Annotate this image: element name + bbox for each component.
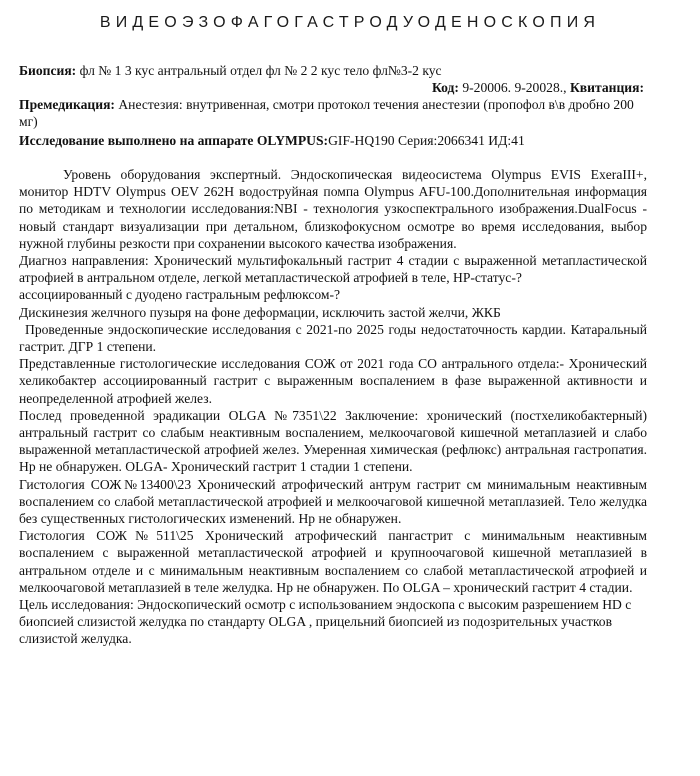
device-label: Исследование выполнено на аппарате OLYMP… [19,133,328,148]
previous-exams-paragraph: Проведенные эндоскопические исследования… [19,321,647,355]
report-body: Уровень оборудования экспертный. Эндоско… [19,166,647,648]
document-page: ВИДЕОЭЗОФАГОГАСТРОДУОДЕНОСКОПИЯ Биопсия:… [0,0,700,776]
biopsy-label: Биопсия: [19,63,76,78]
histology-2021-paragraph: Представленные гистологические исследова… [19,355,647,407]
biopsy-line: Биопсия: фл № 1 3 кус антральный отдел ф… [19,62,442,80]
receipt-label: Квитанция: [567,80,644,95]
goal-paragraph: Цель исследования: Эндоскопический осмот… [19,596,647,648]
dyskinesia-paragraph: Дискинезия желчного пузыря на фоне дефор… [19,304,647,321]
biopsy-value: фл № 1 3 кус антральный отдел фл № 2 2 к… [76,63,441,78]
reflux-paragraph: ассоциированный с дуодено гастральным ре… [19,286,647,303]
device-value: GIF-HQ190 Серия:2066341 ИД:41 [328,133,525,148]
premedication-label: Премедикация: [19,97,115,112]
premedication-line: Премедикация: Анестезия: внутривенная, с… [19,96,647,130]
histology-13400-paragraph: Гистология СОЖ№13400\23 Хронический атро… [19,476,647,528]
device-line: Исследование выполнено на аппарате OLYMP… [19,132,525,150]
diagnosis-paragraph: Диагноз направления: Хронический мультиф… [19,252,647,286]
code-line: Код: 9-20006. 9-20028., Квитанция: [432,79,644,97]
code-value: 9-20006. 9-20028., [459,80,567,95]
histology-511-paragraph: Гистология СОЖ№511\25 Хронический атрофи… [19,527,647,596]
document-title: ВИДЕОЭЗОФАГОГАСТРОДУОДЕНОСКОПИЯ [0,14,700,32]
eradication-paragraph: Послед проведенной эрадикации OLGA №7351… [19,407,647,476]
equipment-paragraph: Уровень оборудования экспертный. Эндоско… [19,166,647,252]
code-label: Код: [432,80,459,95]
